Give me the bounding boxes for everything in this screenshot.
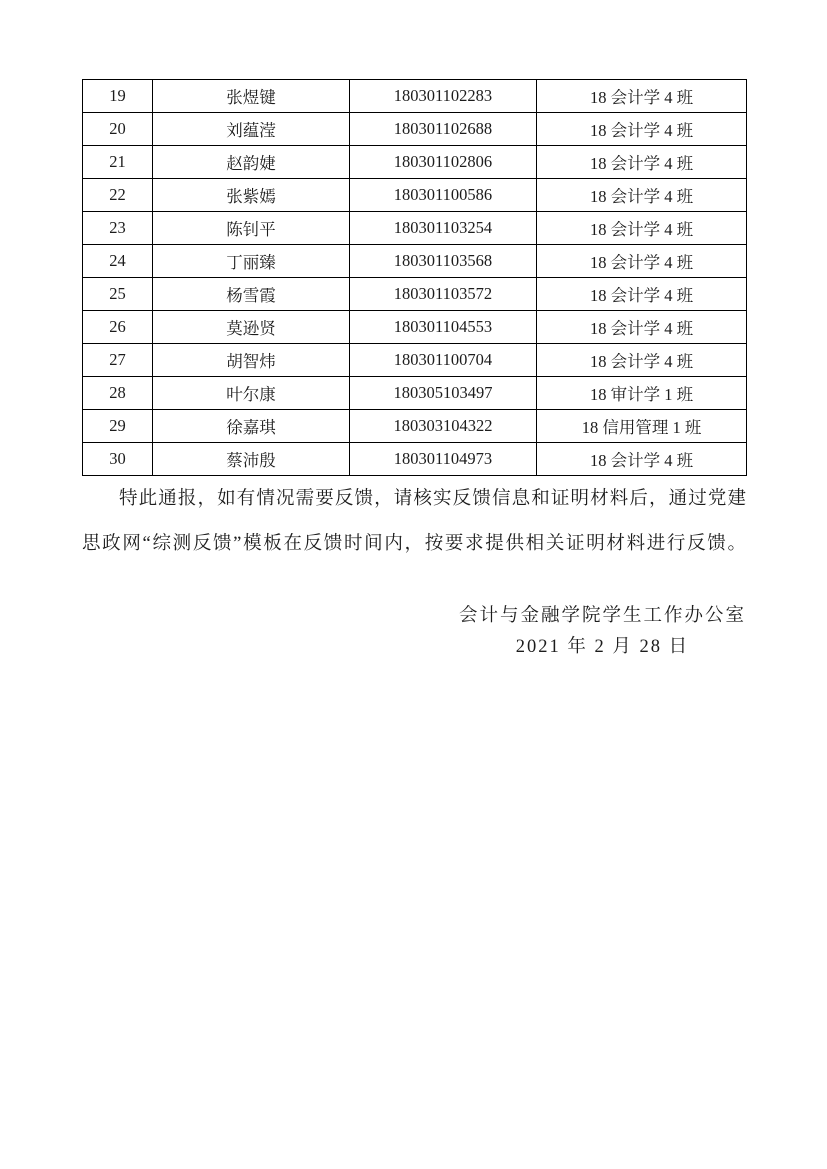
table-row: 19 张煜键 180301102283 18 会计学 4 班 — [83, 80, 747, 113]
row-number-cell: 27 — [83, 344, 153, 377]
table-row: 22 张紫嫣 180301100586 18 会计学 4 班 — [83, 179, 747, 212]
student-id-cell: 180301103568 — [350, 245, 537, 278]
row-number-cell: 21 — [83, 146, 153, 179]
class-cell: 18 会计学 4 班 — [537, 344, 747, 377]
notice-line-2: 思政网“综测反馈”模板在反馈时间内，按要求提供相关证明材料进行反馈。 — [82, 522, 746, 567]
table-row: 24 丁丽臻 180301103568 18 会计学 4 班 — [83, 245, 747, 278]
row-number-cell: 29 — [83, 410, 153, 443]
student-id-cell: 180303104322 — [350, 410, 537, 443]
table-row: 20 刘蕴滢 180301102688 18 会计学 4 班 — [83, 113, 747, 146]
student-roster-table: 19 张煜键 180301102283 18 会计学 4 班 20 刘蕴滢 18… — [82, 79, 747, 476]
student-name-cell: 刘蕴滢 — [153, 113, 350, 146]
table-row: 21 赵韵婕 180301102806 18 会计学 4 班 — [83, 146, 747, 179]
student-id-cell: 180301102806 — [350, 146, 537, 179]
row-number-cell: 24 — [83, 245, 153, 278]
student-id-cell: 180301100704 — [350, 344, 537, 377]
student-id-cell: 180301103254 — [350, 212, 537, 245]
class-cell: 18 会计学 4 班 — [537, 212, 747, 245]
student-id-cell: 180301100586 — [350, 179, 537, 212]
student-id-cell: 180301102688 — [350, 113, 537, 146]
table-row: 23 陈钊平 180301103254 18 会计学 4 班 — [83, 212, 747, 245]
table-row: 30 蔡沛殷 180301104973 18 会计学 4 班 — [83, 443, 747, 476]
student-id-cell: 180301102283 — [350, 80, 537, 113]
class-cell: 18 审计学 1 班 — [537, 377, 747, 410]
class-cell: 18 会计学 4 班 — [537, 113, 747, 146]
row-number-cell: 25 — [83, 278, 153, 311]
class-cell: 18 会计学 4 班 — [537, 179, 747, 212]
notice-paragraph: 特此通报，如有情况需要反馈，请核实反馈信息和证明材料后，通过党建 思政网“综测反… — [82, 477, 746, 567]
student-name-cell: 丁丽臻 — [153, 245, 350, 278]
class-cell: 18 信用管理 1 班 — [537, 410, 747, 443]
student-name-cell: 莫逊贤 — [153, 311, 350, 344]
row-number-cell: 22 — [83, 179, 153, 212]
document-page: 19 张煜键 180301102283 18 会计学 4 班 20 刘蕴滢 18… — [0, 0, 827, 1169]
student-id-cell: 180301104553 — [350, 311, 537, 344]
table-row: 29 徐嘉琪 180303104322 18 信用管理 1 班 — [83, 410, 747, 443]
class-cell: 18 会计学 4 班 — [537, 245, 747, 278]
row-number-cell: 26 — [83, 311, 153, 344]
class-cell: 18 会计学 4 班 — [537, 146, 747, 179]
row-number-cell: 23 — [83, 212, 153, 245]
student-name-cell: 叶尔康 — [153, 377, 350, 410]
table-row: 28 叶尔康 180305103497 18 审计学 1 班 — [83, 377, 747, 410]
student-id-cell: 180301103572 — [350, 278, 537, 311]
student-id-cell: 180301104973 — [350, 443, 537, 476]
student-name-cell: 杨雪霞 — [153, 278, 350, 311]
student-name-cell: 赵韵婕 — [153, 146, 350, 179]
student-name-cell: 张煜键 — [153, 80, 350, 113]
row-number-cell: 30 — [83, 443, 153, 476]
student-name-cell: 徐嘉琪 — [153, 410, 350, 443]
student-id-cell: 180305103497 — [350, 377, 537, 410]
row-number-cell: 20 — [83, 113, 153, 146]
table-row: 27 胡智炜 180301100704 18 会计学 4 班 — [83, 344, 747, 377]
table-row: 25 杨雪霞 180301103572 18 会计学 4 班 — [83, 278, 747, 311]
notice-line-1: 特此通报，如有情况需要反馈，请核实反馈信息和证明材料后，通过党建 — [82, 477, 746, 522]
table-row: 26 莫逊贤 180301104553 18 会计学 4 班 — [83, 311, 747, 344]
row-number-cell: 28 — [83, 377, 153, 410]
student-name-cell: 陈钊平 — [153, 212, 350, 245]
row-number-cell: 19 — [83, 80, 153, 113]
signature-office: 会计与金融学院学生工作办公室 — [459, 601, 746, 632]
class-cell: 18 会计学 4 班 — [537, 311, 747, 344]
student-name-cell: 蔡沛殷 — [153, 443, 350, 476]
student-name-cell: 胡智炜 — [153, 344, 350, 377]
class-cell: 18 会计学 4 班 — [537, 443, 747, 476]
class-cell: 18 会计学 4 班 — [537, 80, 747, 113]
student-name-cell: 张紫嫣 — [153, 179, 350, 212]
signature-date: 2021 年 2 月 28 日 — [459, 632, 746, 663]
signature-block: 会计与金融学院学生工作办公室 2021 年 2 月 28 日 — [459, 601, 746, 663]
class-cell: 18 会计学 4 班 — [537, 278, 747, 311]
